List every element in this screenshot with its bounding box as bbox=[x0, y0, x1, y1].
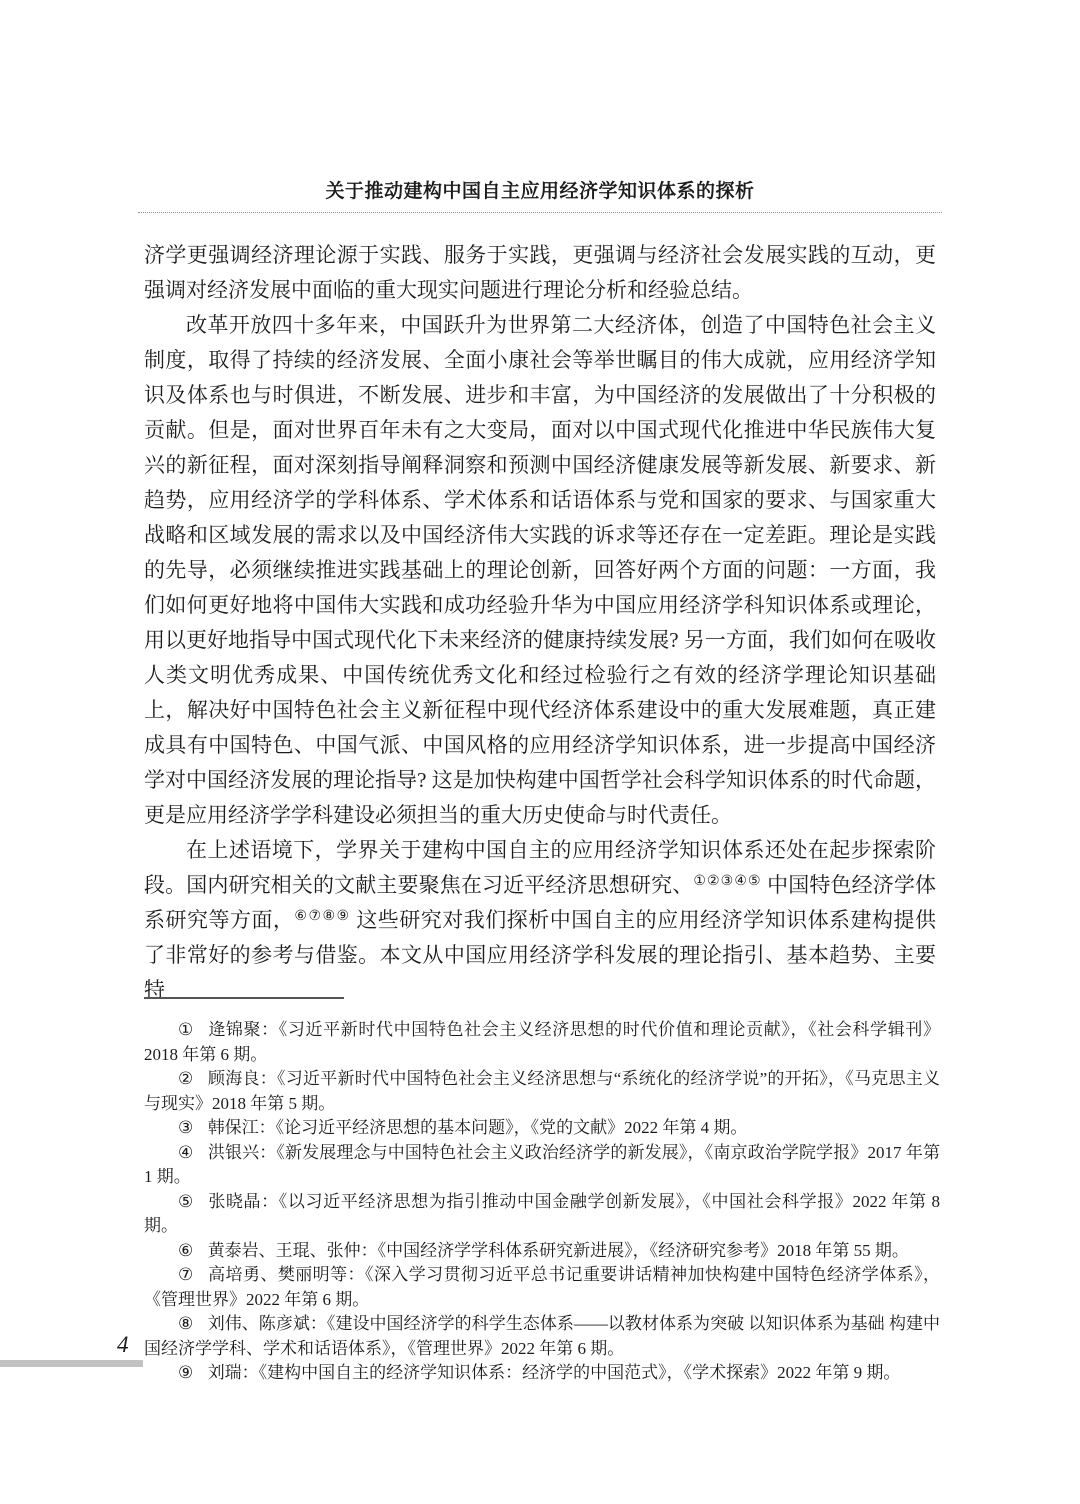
page-number: 4 bbox=[117, 1332, 129, 1358]
document-page: 关于推动建构中国自主应用经济学知识体系的探析 济学更强调经济理论源于实践、服务于… bbox=[0, 0, 1080, 1504]
footnote-item: ③韩保江：《论习近平经济思想的基本问题》，《党的文献》2022 年第 4 期。 bbox=[144, 1116, 940, 1141]
footnote-marker: ⑧ bbox=[178, 1314, 193, 1333]
running-head-title: 关于推动建构中国自主应用经济学知识体系的探析 bbox=[138, 176, 942, 213]
footnote-ref-markers: ⑥⑦⑧⑨ bbox=[294, 909, 350, 924]
footnote-item: ①逄锦聚：《习近平新时代中国特色社会主义经济思想的时代价值和理论贡献》，《社会科… bbox=[144, 1018, 940, 1067]
footnote-marker: ⑦ bbox=[178, 1265, 194, 1284]
footnote-divider bbox=[144, 997, 344, 999]
footnote-item: ④洪银兴：《新发展理念与中国特色社会主义政治经济学的新发展》，《南京政治学院学报… bbox=[144, 1141, 940, 1190]
footnote-marker: ④ bbox=[178, 1143, 193, 1162]
footnote-item: ⑧刘伟、陈彦斌：《建设中国经济学的科学生态体系——以教材体系为突破 以知识体系为… bbox=[144, 1312, 940, 1361]
footnote-marker: ② bbox=[178, 1069, 194, 1088]
footnote-item: ⑦高培勇、樊丽明等：《深入学习贯彻习近平总书记重要讲话精神加快构建中国特色经济学… bbox=[144, 1263, 940, 1312]
footnote-item: ⑨刘瑞：《建构中国自主的经济学知识体系：经济学的中国范式》，《学术探索》2022… bbox=[144, 1361, 940, 1386]
body-text: 济学更强调经济理论源于实践、服务于实践，更强调与经济社会发展实践的互动，更强调对… bbox=[144, 238, 936, 1008]
page-number-bar bbox=[0, 1360, 143, 1367]
footnote-item: ⑥黄泰岩、王琨、张仲：《中国经济学学科体系研究新进展》，《经济研究参考》2018… bbox=[144, 1239, 940, 1264]
footnote-marker: ③ bbox=[178, 1118, 193, 1137]
footnote-item: ⑤张晓晶：《以习近平经济思想为指引推动中国金融学创新发展》，《中国社会科学报》2… bbox=[144, 1190, 940, 1239]
footnote-marker: ① bbox=[178, 1020, 194, 1039]
footnote-marker: ⑥ bbox=[178, 1241, 193, 1260]
footnote-item: ②顾海良：《习近平新时代中国特色社会主义经济思想与“系统化的经济学说”的开拓》，… bbox=[144, 1067, 940, 1116]
paragraph: 改革开放四十多年来，中国跃升为世界第二大经济体，创造了中国特色社会主义制度，取得… bbox=[144, 308, 936, 833]
paragraph: 在上述语境下，学界关于建构中国自主的应用经济学知识体系还处在起步探索阶段。国内研… bbox=[144, 833, 936, 1008]
footnote-ref-markers: ①②③④⑤ bbox=[693, 874, 761, 889]
footnote-marker: ⑤ bbox=[178, 1192, 194, 1211]
footnote-marker: ⑨ bbox=[178, 1363, 193, 1382]
paragraph: 济学更强调经济理论源于实践、服务于实践，更强调与经济社会发展实践的互动，更强调对… bbox=[144, 238, 936, 308]
footnotes: ①逄锦聚：《习近平新时代中国特色社会主义经济思想的时代价值和理论贡献》，《社会科… bbox=[144, 1018, 940, 1386]
